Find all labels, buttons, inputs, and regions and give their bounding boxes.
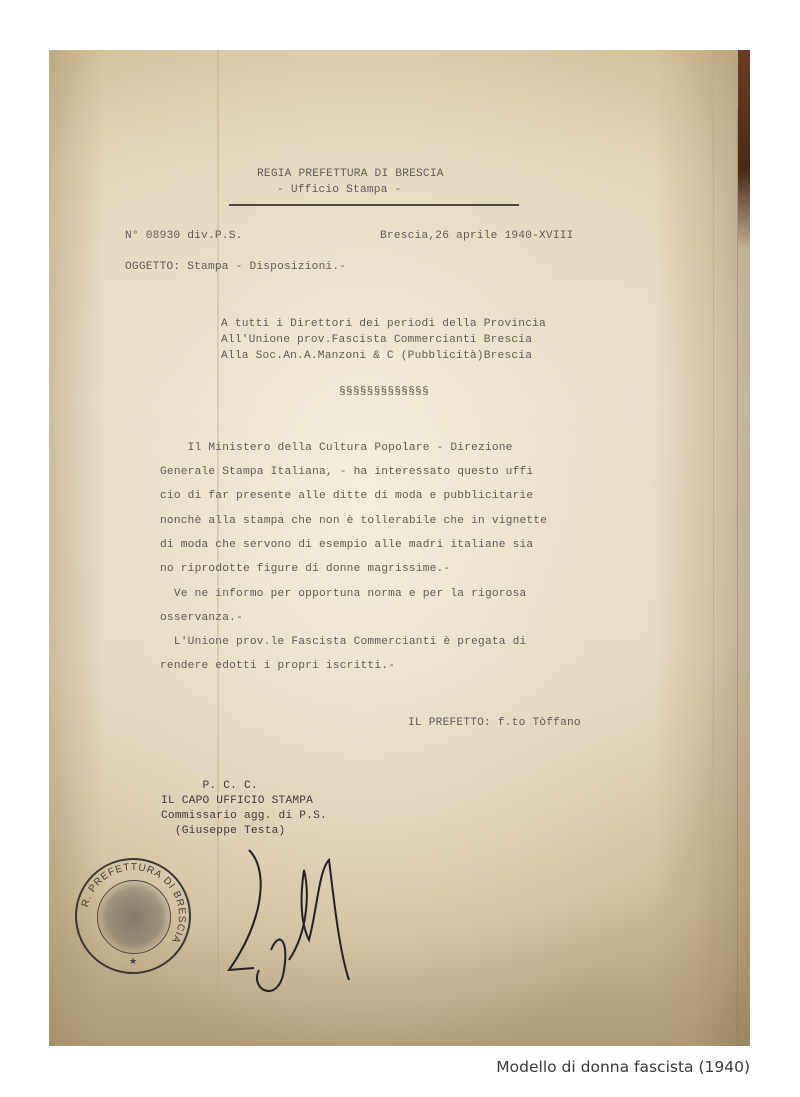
recipient: A tutti i Direttori dei periodi della Pr… <box>221 318 546 330</box>
copy-block-line: P. C. C. <box>161 780 258 792</box>
body-line: L'Unione prov.le Fascista Commercianti è… <box>160 636 526 648</box>
subject-line: OGGETTO: Stampa - Disposizioni.- <box>125 261 346 273</box>
image-caption: Modello di donna fascista (1940) <box>496 1058 750 1076</box>
body-line: no riprodotte figure di donne magrissime… <box>160 563 450 575</box>
body-line: cio di far presente alle ditte di moda e… <box>160 490 533 502</box>
copy-block-line: IL CAPO UFFICIO STAMPA <box>161 795 313 807</box>
background-shadow <box>738 50 750 250</box>
letterhead-title: REGIA PREFETTURA DI BRESCIA <box>257 168 444 180</box>
prefect-signature-line: IL PREFETTO: f.to Tòffano <box>408 717 581 729</box>
handwritten-signature <box>209 830 359 1000</box>
recipient: All'Unione prov.Fascista Commercianti Br… <box>221 334 532 346</box>
document-photo: REGIA PREFETTURA DI BRESCIA - Ufficio St… <box>49 50 750 1046</box>
body-line: osservanza.- <box>160 612 243 624</box>
body-line: nonchè alla stampa che non è tollerabile… <box>160 515 547 527</box>
paper-edge <box>737 110 738 1046</box>
body-line: rendere edotti i propri iscritti.- <box>160 660 395 672</box>
letterhead-rule <box>229 204 519 206</box>
protocol-number: N° 08930 div.P.S. <box>125 230 243 242</box>
official-stamp: R. PREFETTURA DI BRESCIA ★ <box>75 858 191 974</box>
recipient: Alla Soc.An.A.Manzoni & C (Pubblicità)Br… <box>221 350 532 362</box>
section-separator: §§§§§§§§§§§§§ <box>339 386 429 398</box>
body-line: di moda che servono di esempio alle madr… <box>160 539 533 551</box>
paper-edge <box>713 50 714 1046</box>
svg-text:★: ★ <box>129 956 137 966</box>
place-date: Brescia,26 aprile 1940-XVIII <box>380 230 574 242</box>
stamp-ring-text: R. PREFETTURA DI BRESCIA ★ <box>77 860 189 972</box>
body-line: Generale Stampa Italiana, - ha interessa… <box>160 466 533 478</box>
svg-text:R. PREFETTURA DI BRESCIA: R. PREFETTURA DI BRESCIA <box>80 862 187 945</box>
copy-block-line: Commissario agg. di P.S. <box>161 810 327 822</box>
body-line: Il Ministero della Cultura Popolare - Di… <box>160 442 513 454</box>
body-line: Ve ne informo per opportuna norma e per … <box>160 588 526 600</box>
letterhead-subtitle: - Ufficio Stampa - <box>277 184 401 196</box>
